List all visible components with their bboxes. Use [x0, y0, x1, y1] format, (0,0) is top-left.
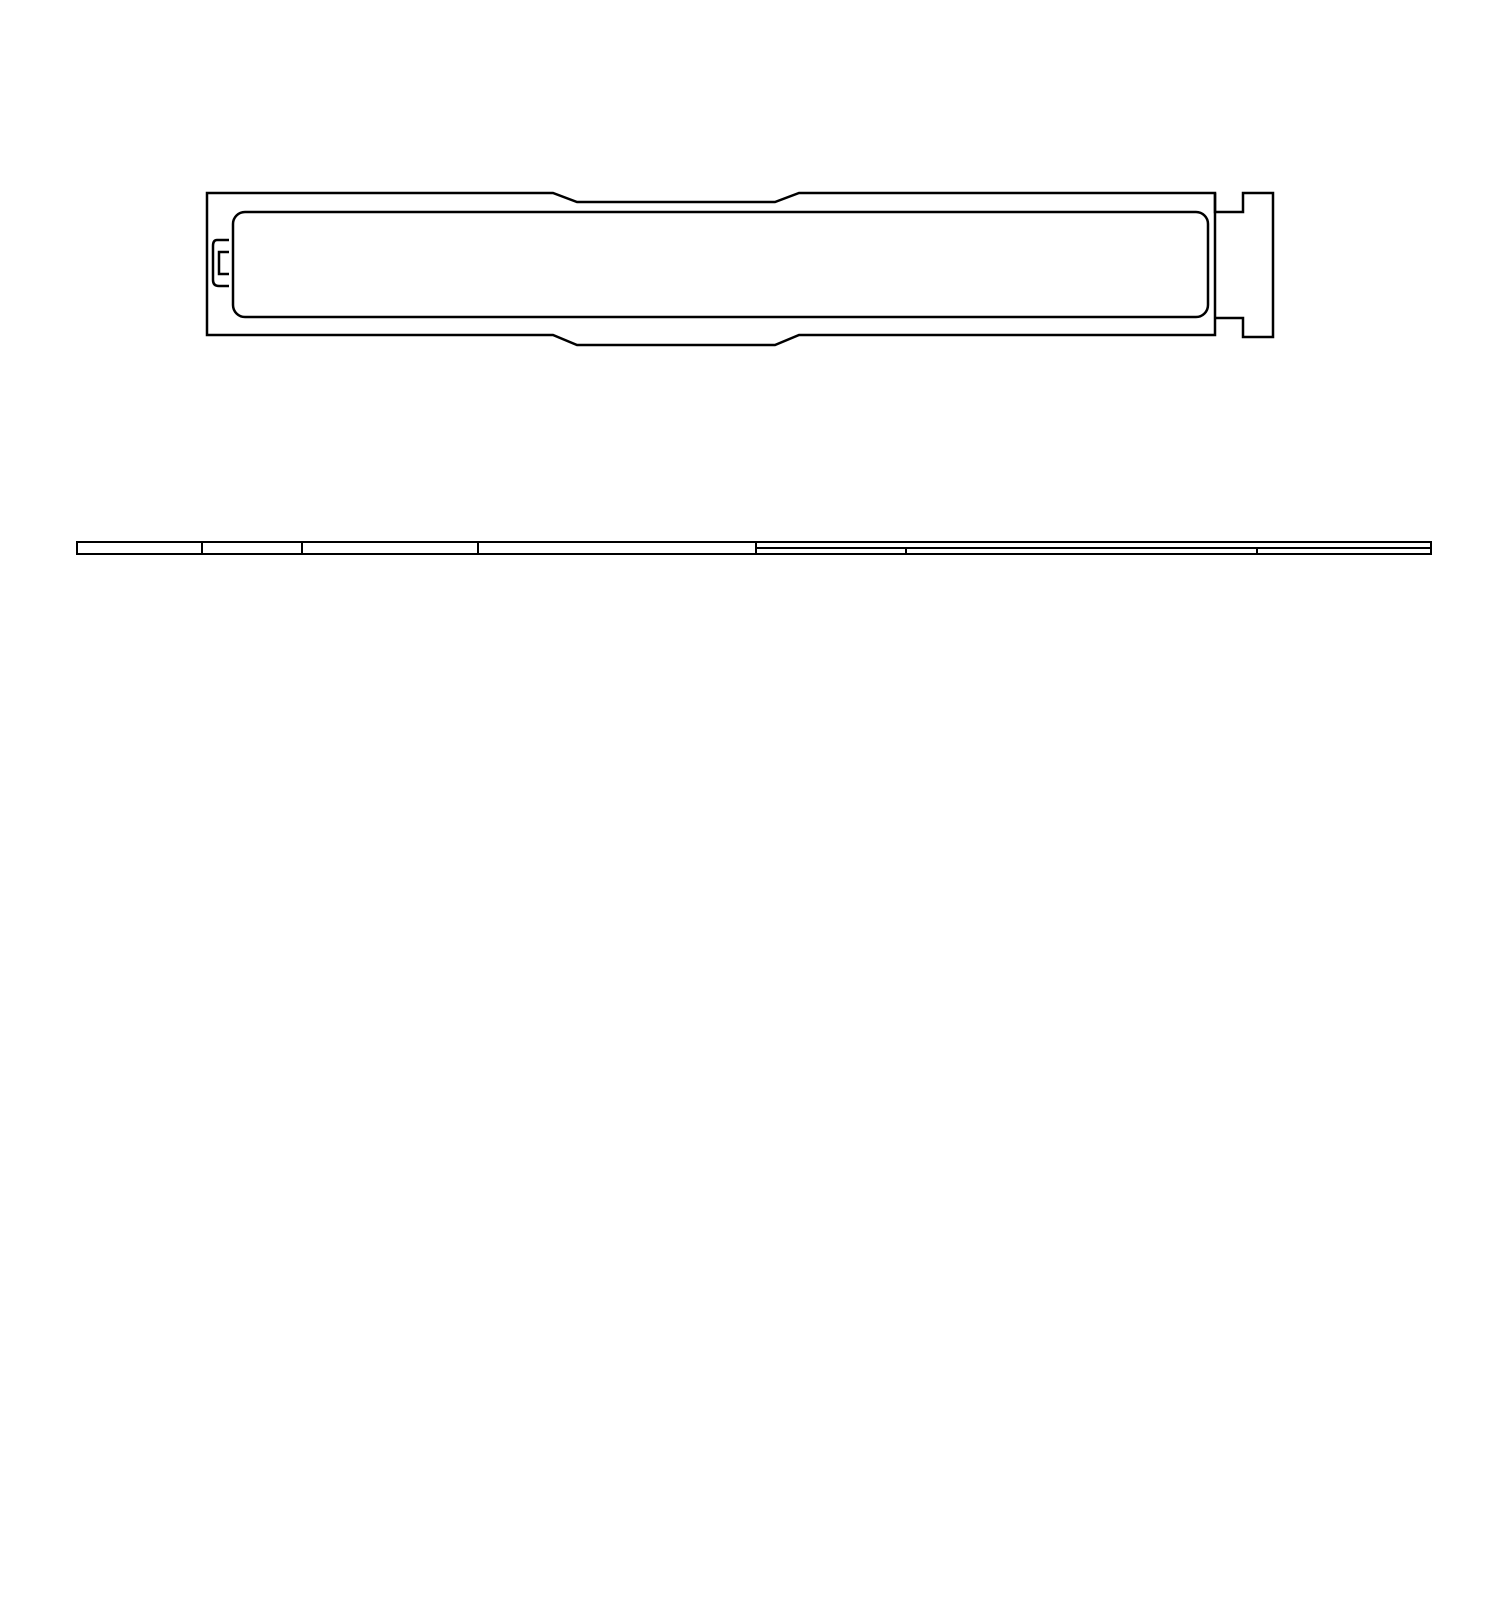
header-conditions: [906, 548, 1257, 554]
header-terminal-number: [77, 542, 202, 554]
connector-housing: [207, 193, 1215, 345]
terminal-table: [76, 541, 1432, 555]
connector-diagram: [205, 190, 1285, 350]
header-terminals: [756, 548, 906, 554]
header-description: [478, 542, 756, 554]
header-results: [1257, 548, 1431, 554]
header-wire-color: [202, 542, 302, 554]
header-terminal-sign: [302, 542, 478, 554]
